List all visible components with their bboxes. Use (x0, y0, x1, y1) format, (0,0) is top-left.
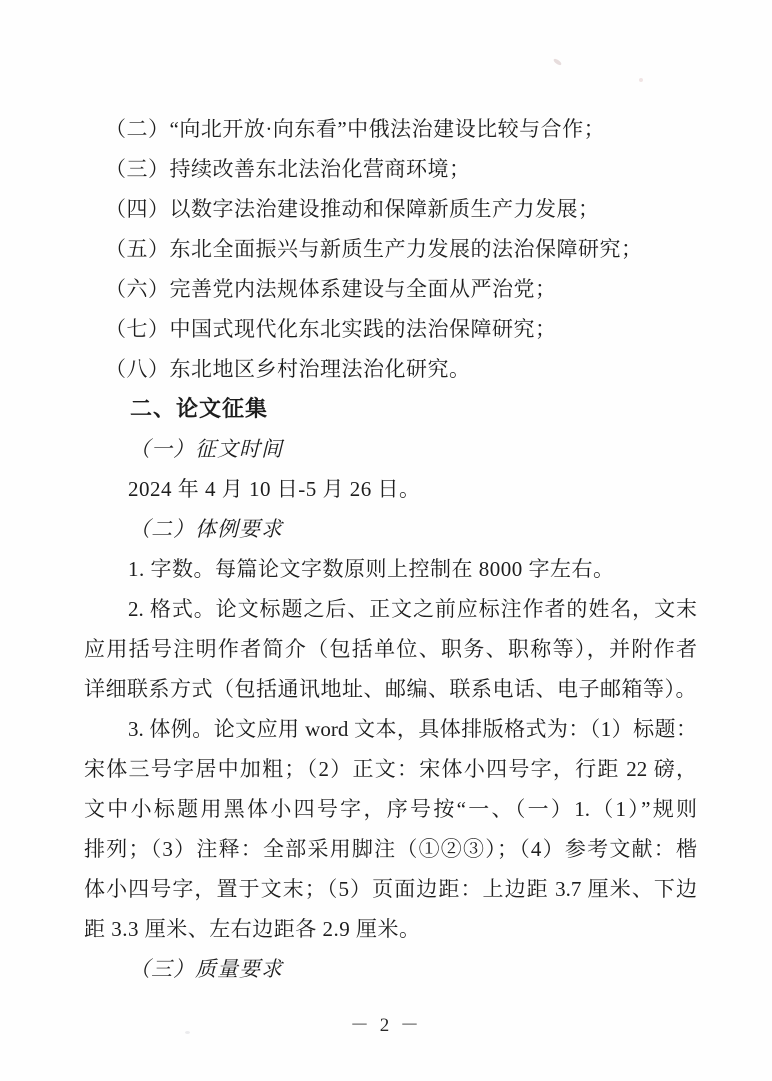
topic-item-4: （四）以数字法治建设推动和保障新质生产力发展； (84, 189, 697, 229)
topic-item-5: （五）东北全面振兴与新质生产力发展的法治保障研究； (84, 229, 697, 269)
page-number: － 2 － (0, 1012, 772, 1040)
subheading-style-requirements: （二）体例要求 (84, 509, 697, 549)
rule-format-line-1: 2. 格式。论文标题之后、正文之前应标注作者的姓名，文末 (84, 589, 697, 629)
topic-item-8: （八）东北地区乡村治理法治化研究。 (84, 349, 697, 389)
topic-item-3: （三）持续改善东北法治化营商环境； (84, 149, 697, 189)
rule-format-line-3: 详细联系方式（包括通讯地址、邮编、联系电话、电子邮箱等）。 (84, 669, 697, 709)
topic-item-6: （六）完善党内法规体系建设与全面从严治党； (84, 269, 697, 309)
rule-format-line-2: 应用括号注明作者简介（包括单位、职务、职称等），并附作者 (84, 629, 697, 669)
rule-layout-line-4: 排列；（3）注释：全部采用脚注（①②③）；（4）参考文献：楷 (84, 829, 697, 869)
subheading-quality-requirements: （三）质量要求 (84, 949, 697, 989)
topic-item-2: （二）“向北开放·向东看”中俄法治建设比较与合作； (84, 109, 697, 149)
scan-speck (185, 1031, 190, 1034)
document-page: （二）“向北开放·向东看”中俄法治建设比较与合作； （三）持续改善东北法治化营商… (0, 0, 772, 1081)
rule-layout-line-3: 文中小标题用黑体小四号字，序号按“一、（一）1.（1）”规则 (84, 789, 697, 829)
rule-layout-line-5: 体小四号字，置于文末；（5）页面边距：上边距 3.7 厘米、下边 (84, 869, 697, 909)
topic-item-7: （七）中国式现代化东北实践的法治保障研究； (84, 309, 697, 349)
rule-layout-line-6: 距 3.3 厘米、左右边距各 2.9 厘米。 (84, 909, 697, 949)
rule-word-count: 1. 字数。每篇论文字数原则上控制在 8000 字左右。 (84, 549, 697, 589)
section-heading-paper-collection: 二、论文征集 (84, 389, 697, 429)
scan-speck (639, 78, 643, 82)
rule-layout-line-1: 3. 体例。论文应用 word 文本，具体排版格式为：（1）标题： (84, 709, 697, 749)
rule-layout-line-2: 宋体三号字居中加粗；（2）正文：宋体小四号字，行距 22 磅， (84, 749, 697, 789)
subheading-submission-time: （一）征文时间 (84, 429, 697, 469)
submission-date-range: 2024 年 4 月 10 日-5 月 26 日。 (84, 469, 697, 509)
scan-speck (553, 58, 563, 66)
document-body: （二）“向北开放·向东看”中俄法治建设比较与合作； （三）持续改善东北法治化营商… (84, 109, 697, 989)
